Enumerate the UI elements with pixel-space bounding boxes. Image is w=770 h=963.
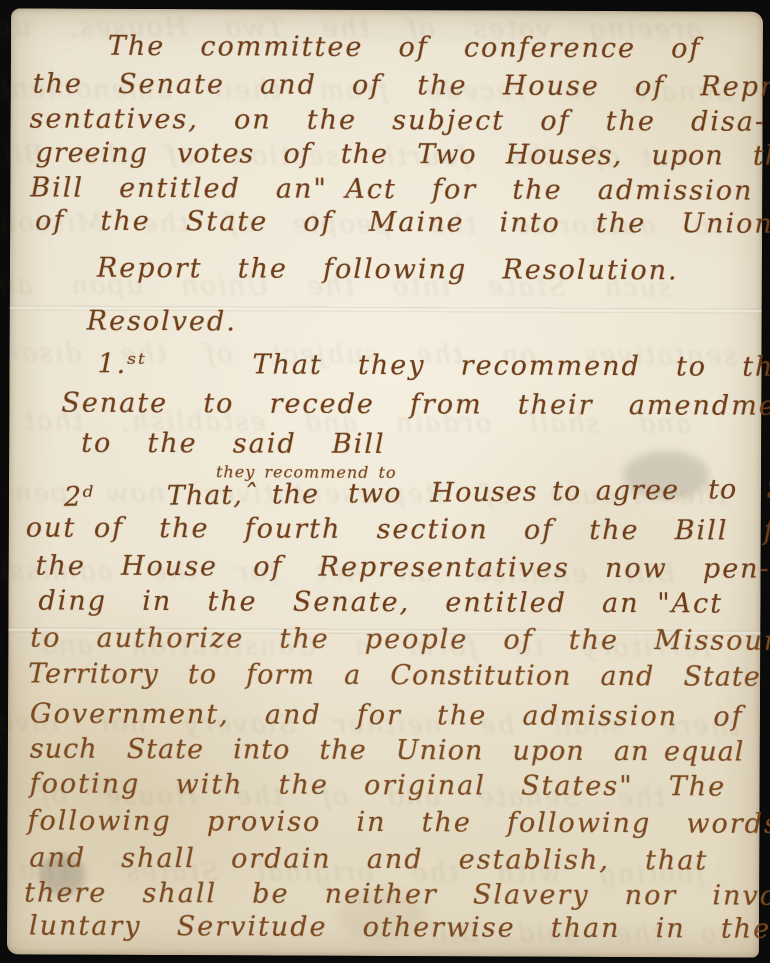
handwritten-line: to the said Bill — [81, 428, 386, 460]
handwritten-line: out of the fourth section of the Bill fr… — [26, 512, 770, 547]
handwritten-line: ding in the Senate, entitled an "Act — [38, 585, 723, 619]
handwritten-line: to authorize the people of the Missouri — [30, 622, 770, 656]
handwritten-line: following proviso in the following words… — [27, 805, 770, 839]
handwritten-line: Report the following Resolution. — [97, 253, 679, 287]
handwritten-line: 1.ˢᵗ That they recommend to the — [97, 349, 770, 383]
handwritten-line: luntary Servitude otherwise than in the — [29, 910, 770, 944]
handwritten-line: sentatives, on the subject of the disa- — [30, 103, 767, 137]
handwritten-line: 2ᵈ That,ˆ the two Houses to agree to Str… — [64, 473, 770, 513]
handwritten-line: the Senate and of the House of Repre- — [33, 68, 770, 102]
handwritten-line: the House of Representatives now pen- — [36, 550, 770, 584]
manuscript-paper: greeing votes of the Two Houses, upon th… — [7, 8, 763, 957]
handwritten-line: of the State of Maine into the Union",— — [35, 205, 770, 239]
handwritten-line: Senate to recede from their amendments — [61, 388, 770, 422]
document-scan: greeing votes of the Two Houses, upon th… — [0, 0, 770, 963]
handwritten-line: such State into the Union upon an equal — [30, 733, 745, 767]
handwritten-line: Government, and for the admission of — [30, 698, 744, 732]
handwritten-line: there shall be neither Slavery nor invo- — [24, 877, 770, 911]
handwritten-line: footing with the original States" The — [30, 768, 727, 802]
handwritten-line: The committee of conference of — [108, 31, 702, 65]
handwritten-line: Territory to form a Constitution and Sta… — [28, 658, 761, 692]
handwritten-line: Resolved. — [87, 306, 237, 338]
handwritten-line: greeing votes of the Two Houses, upon th… — [35, 137, 770, 171]
handwritten-line: Bill entitled an" Act for the admission — [30, 172, 753, 206]
handwritten-line: and shall ordain and establish, that — [29, 842, 708, 876]
